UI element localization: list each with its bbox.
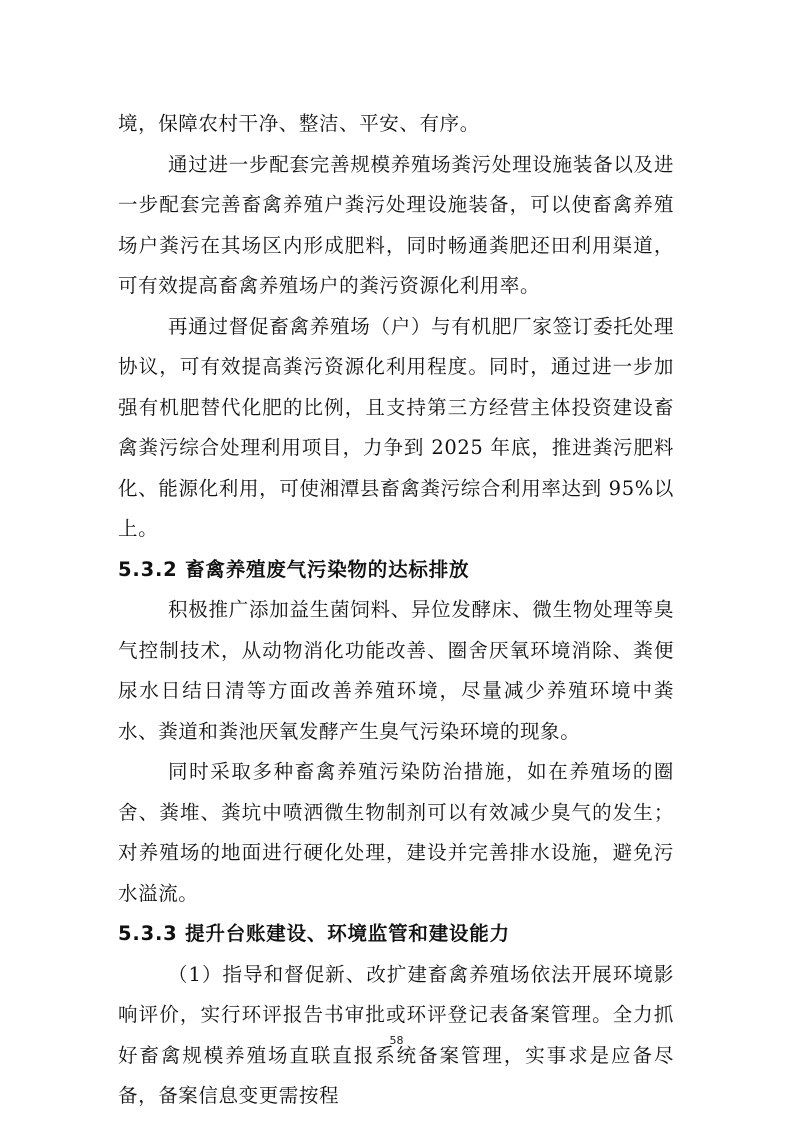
paragraph-pollution-prevention: 同时采取多种畜禽养殖污染防治措施，如在养殖场的圈舍、粪堆、粪坑中喷洒微生物制剂可…	[118, 752, 674, 914]
paragraph-entrusted-processing: 再通过督促畜禽养殖场（户）与有机肥厂家签订委托处理协议，可有效提高粪污资源化利用…	[118, 307, 674, 550]
paragraph-facility-equipment: 通过进一步配套完善规模养殖场粪污处理设施装备以及进一步配套完善畜禽养殖户粪污处理…	[118, 145, 674, 307]
section-heading-5-3-2: 5.3.2 畜禽养殖废气污染物的达标排放	[118, 550, 674, 591]
page-number: 58	[0, 1034, 793, 1047]
paragraph-odor-control: 积极推广添加益生菌饲料、异位发酵床、微生物处理等臭气控制技术，从动物消化功能改善…	[118, 590, 674, 752]
section-heading-5-3-3: 5.3.3 提升台账建设、环境监管和建设能力	[118, 914, 674, 955]
document-page: 境，保障农村干净、整洁、平安、有序。 通过进一步配套完善规模养殖场粪污处理设施装…	[118, 104, 674, 1117]
paragraph-continuation: 境，保障农村干净、整洁、平安、有序。	[118, 104, 674, 145]
